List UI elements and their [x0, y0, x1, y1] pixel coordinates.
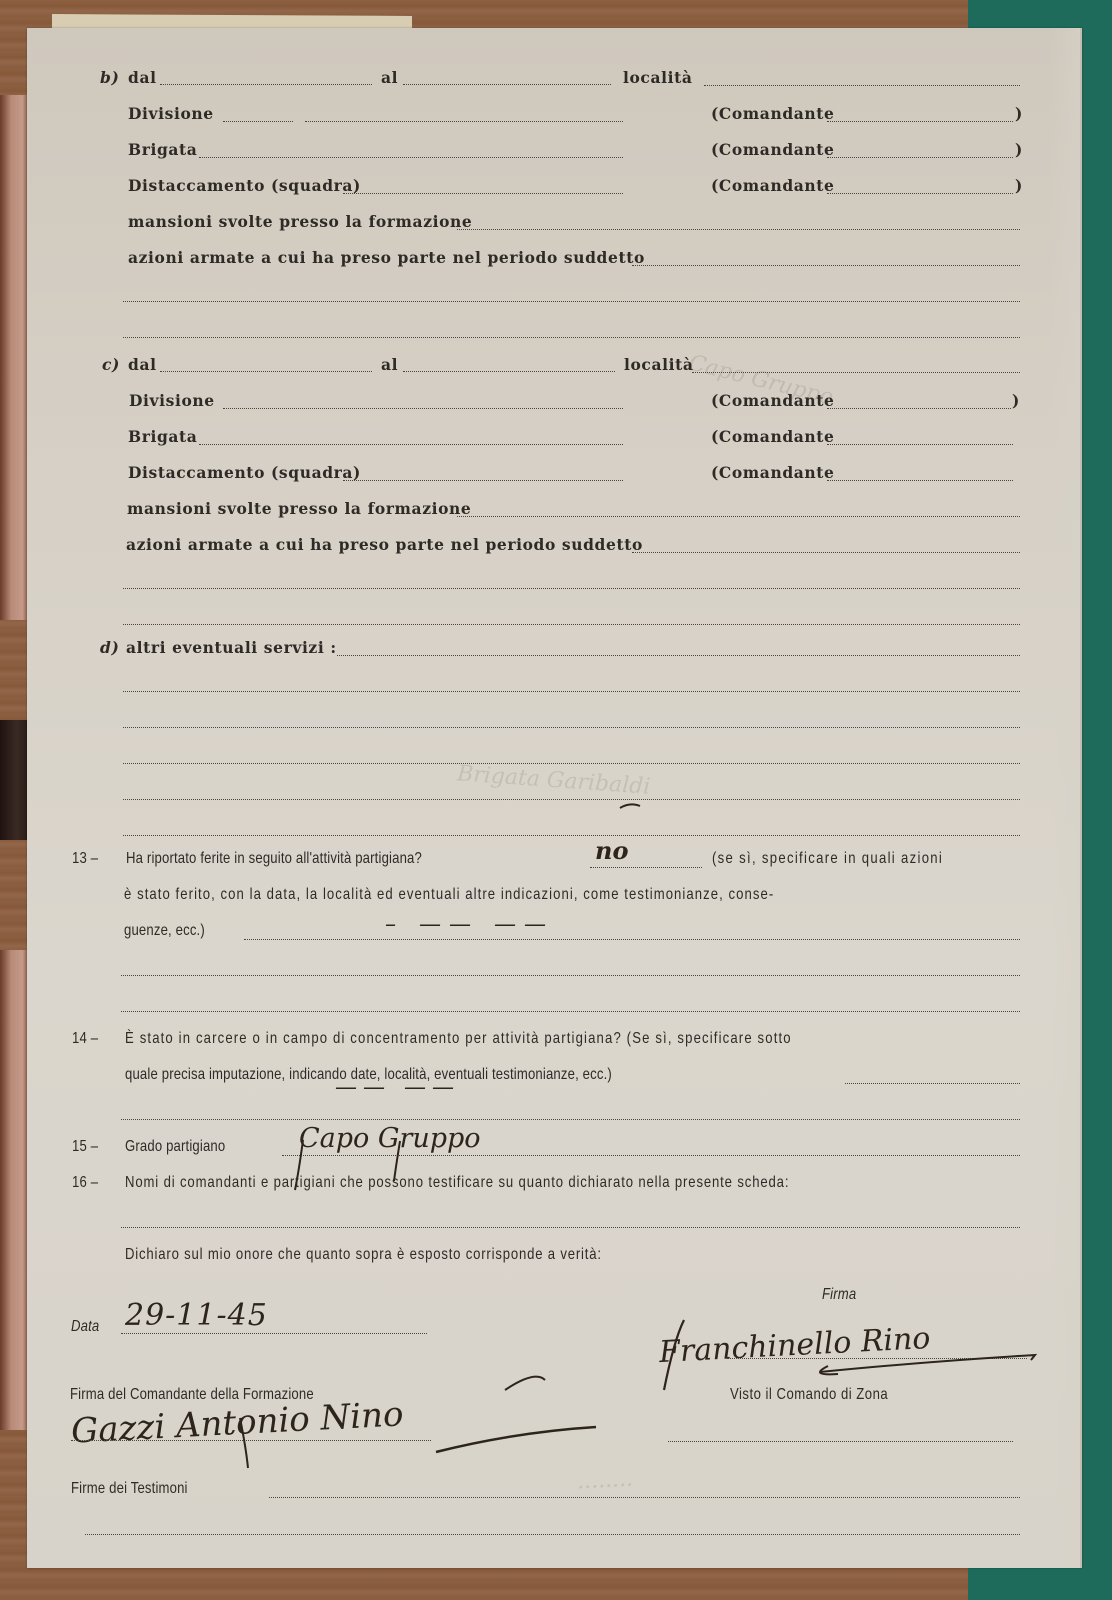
signature-strokes — [0, 0, 1112, 1600]
